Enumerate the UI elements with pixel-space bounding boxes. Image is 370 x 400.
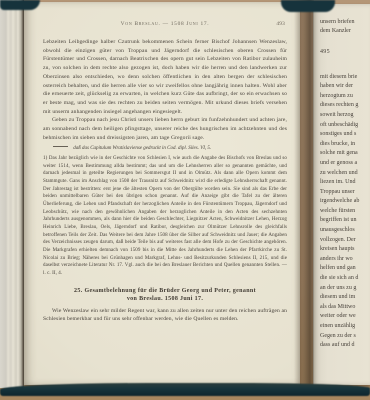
running-header: Von Breslau. — 1508 Juni 17. 493 [43,21,287,31]
page-gap-shadow [294,0,314,388]
left-page-text-block: Von Breslau. — 1508 Juni 17. 493 Lebzeit… [24,2,300,385]
footnote-1: 1) Das Jahr bezüglich wie in der Geschic… [43,155,287,278]
body-paragraph-dating-clause: Geben zu Troppau nach jesu Christi unser… [43,116,287,142]
book-page-right-sliver: unsern briefen dem Kanzler 495 mit diese… [313,4,370,385]
right-page-text-block: unsern briefen dem Kanzler 495 mit diese… [313,4,370,385]
left-page-number: 493 [276,21,285,27]
right-page-clipped-lines: mit diesem brie haben wir der herzogtum … [320,73,370,351]
section-heading: 25. Gesamtbelehnung für die Brüder Georg… [43,287,287,304]
section-heading-line2: von Breslau. 1508 Juni 17. [43,295,287,304]
right-page-top-fragments: unsern briefen dem Kanzler [320,18,370,37]
section-opening-paragraph: Wie Wenzeslaw ein sehr milder Regent war… [43,307,287,324]
open-book-photo: Von Breslau. — 1508 Juni 17. 493 Lebzeit… [0,0,370,400]
book-page-left: Von Breslau. — 1508 Juni 17. 493 Lebzeit… [24,2,300,385]
section-heading-line1: 25. Gesamtbelehnung für die Brüder Georg… [43,287,287,296]
page-fore-edges-left [0,0,24,388]
footnote-continuation-text: daß das Capitulum Wratislaviense gedruck… [73,146,211,151]
cover-corner-top-left [0,0,40,10]
right-page-number: 495 [320,48,370,58]
cover-corner-top-right [281,0,335,12]
cover-bottom-edge [0,383,370,396]
body-paragraph-continuation: Lebzeiten Leibgedinge halber Czutrunk be… [43,38,287,116]
footnote-separator-rule [53,146,68,147]
running-header-title: Von Breslau. — 1508 Juni 17. [121,21,210,27]
footnote-continuation: daß das Capitulum Wratislaviense gedruck… [53,145,287,153]
